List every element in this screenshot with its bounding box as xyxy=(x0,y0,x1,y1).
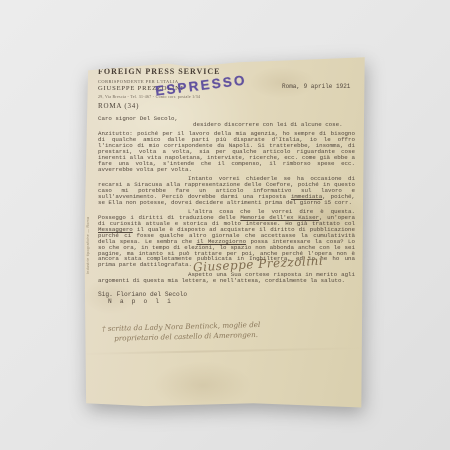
letterhead-organization: FOREIGN PRESS SERVICE xyxy=(98,67,221,76)
letter-shadow: FOREIGN PRESS SERVICE CORRISPONDENTE PER… xyxy=(0,0,450,450)
recipient-city: N a p o l i xyxy=(108,298,187,305)
letter-paper: FOREIGN PRESS SERVICE CORRISPONDENTE PER… xyxy=(83,54,367,410)
handwritten-note: † scritta da Lady Nora Bentinck, moglie … xyxy=(102,320,261,343)
letterhead-city: ROMA (34) xyxy=(98,102,221,110)
dateline: Roma, 9 aprile 1921 xyxy=(282,83,350,90)
body-paragraph: Anzitutto: poiché per il lavoro della mi… xyxy=(98,131,355,172)
recipient-name: Sig. Floriano del Secolo xyxy=(98,291,187,298)
body-paragraph: Aspetto una Sua cortese risposta in meri… xyxy=(98,272,355,284)
photo-background: FOREIGN PRESS SERVICE CORRISPONDENTE PER… xyxy=(0,0,450,450)
recipient-block: Sig. Floriano del Secolo N a p o l i xyxy=(98,291,187,305)
opening-line: desidero discorrere con lei di alcune co… xyxy=(193,122,355,128)
body-paragraph: Intanto vorrei chiederle se ha occasione… xyxy=(98,176,355,206)
printer-imprint: Industrie tipografiche — Roma xyxy=(86,194,90,274)
paper-crease xyxy=(83,347,367,355)
